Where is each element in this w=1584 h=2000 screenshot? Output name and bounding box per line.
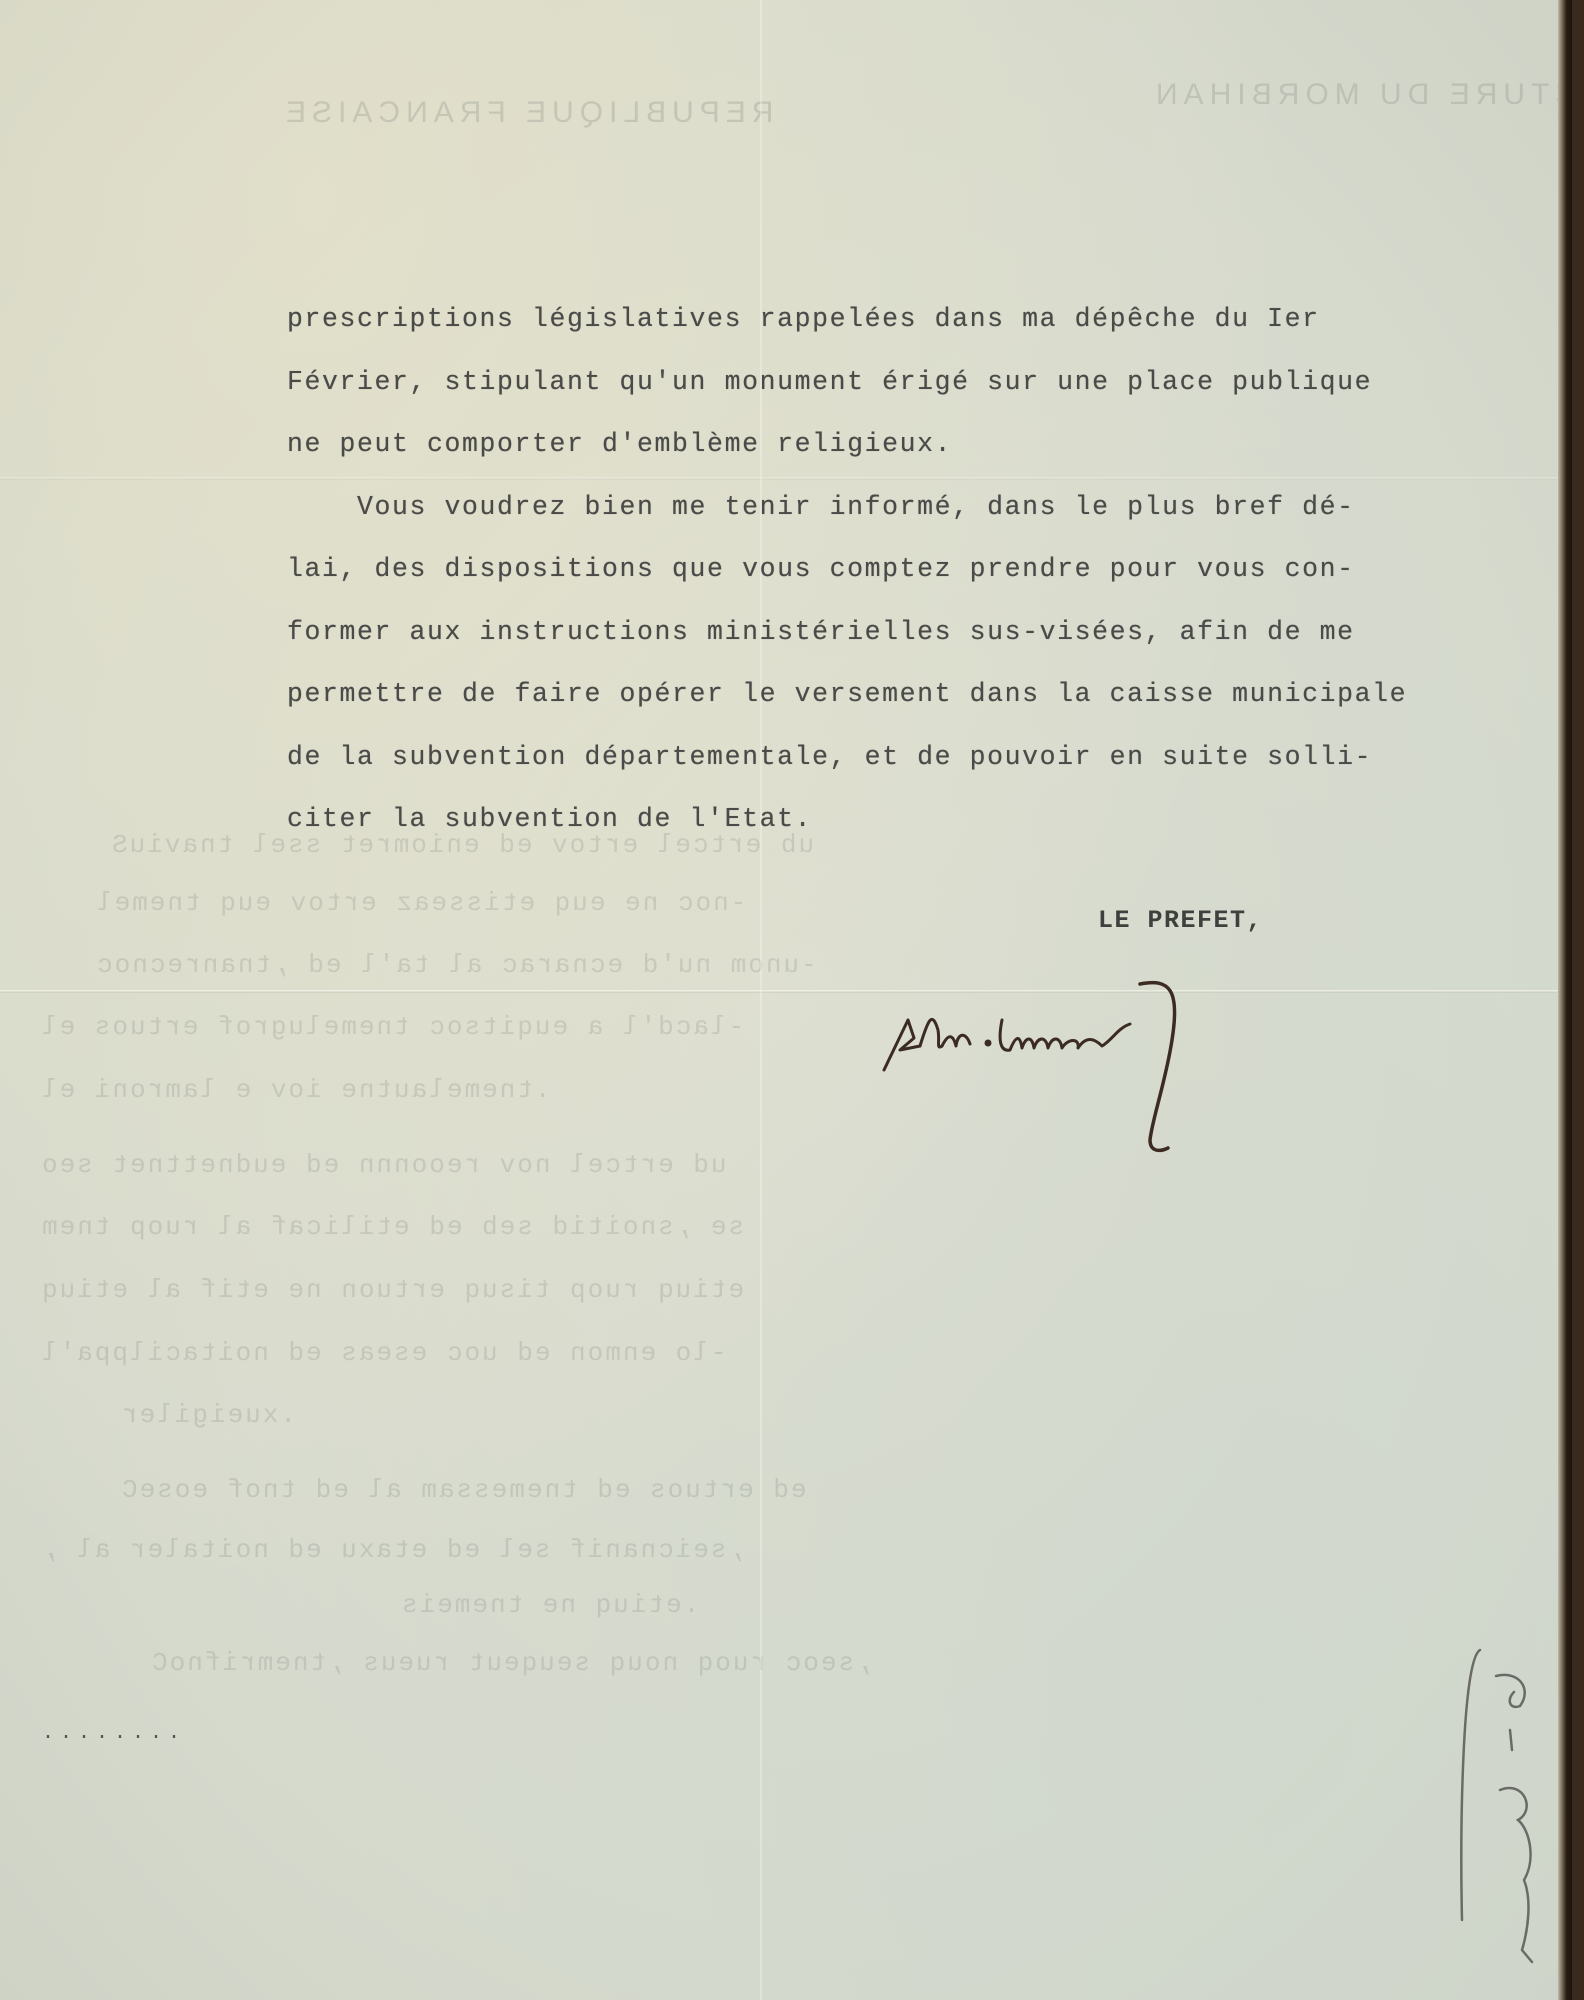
- signature-text: A. Guillemaud: [880, 980, 888, 981]
- bleed-through-line: .xueigiler: [120, 1400, 296, 1430]
- bleed-through-line: -noc ne euq etisseaz ertov euq tnemel: [95, 888, 746, 918]
- body-line: former aux instructions ministérielles s…: [287, 601, 1547, 664]
- bleed-through-line: .tnemelautne iov e lamroni el: [40, 1075, 550, 1105]
- body-line: citer la subvention de l'Etat.: [287, 788, 1547, 851]
- closing-title: LE PREFET,: [1098, 906, 1263, 935]
- letterhead-bleed-right: PREFECTURE DU MORBIHAN: [1150, 78, 1572, 112]
- body-line: Vous voudrez bien me tenir informé, dans…: [287, 476, 1547, 539]
- paper-fold-horizontal: [0, 990, 1572, 993]
- bleed-through-line: ud ertcel nov reoonnn ed eudnettnet seo: [40, 1150, 727, 1180]
- letter-body: prescriptions législatives rappelées dan…: [287, 288, 1547, 851]
- signature-scribble-icon: [880, 980, 1300, 1160]
- body-line: de la subvention départementale, et de p…: [287, 726, 1547, 789]
- bleed-through-line: -lacd'l a euqitsoc tnemelugrof ertuos el: [40, 1012, 744, 1042]
- bleed-through-line: ,seoc ruoq nouq seuqeut rueus ,tnemrifno…: [150, 1648, 872, 1678]
- body-line: Février, stipulant qu'un monument érigé …: [287, 351, 1547, 414]
- bleed-through-line: ed ertuos ed tnemessam al ed tnof eoseC: [120, 1475, 807, 1505]
- letterhead-bleed-left: REPUBLIQUE FRANCAISE: [280, 96, 773, 130]
- bleed-through-line: -lo enmon ed uoc eseas ed noitacilppa'l: [40, 1338, 727, 1368]
- document-page: PREFECTURE DU MORBIHAN REPUBLIQUE FRANCA…: [0, 0, 1572, 2000]
- body-line: prescriptions législatives rappelées dan…: [287, 288, 1547, 351]
- body-line: lai, des dispositions que vous comptez p…: [287, 538, 1547, 601]
- leader-dots: ........: [42, 1722, 186, 1745]
- bleed-through-line: se ,snoitid seb ed etilicaf al ruop tnem: [40, 1212, 744, 1242]
- body-line: ne peut comporter d'emblème religieux.: [287, 413, 1547, 476]
- bleed-through-line: ,seicnanif sel ed etaxu ed noitaler al ,: [40, 1535, 744, 1565]
- body-line: permettre de faire opérer le versement d…: [287, 663, 1547, 726]
- bleed-through-line: etiuq ruop tisuq ertuon ne etif al etiuq: [40, 1275, 744, 1305]
- page-edge-shadow: [1558, 0, 1572, 2000]
- margin-annotation-text: Vu : Lorrain: [1428, 1670, 1468, 1876]
- bleed-through-line: -unom nu'd ecnarac al ta'l ed ,tnanrecno…: [95, 950, 817, 980]
- bleed-through-line: .etiuq ne tnemeis: [400, 1590, 699, 1620]
- signature: A. Guillemaud: [880, 980, 1300, 1160]
